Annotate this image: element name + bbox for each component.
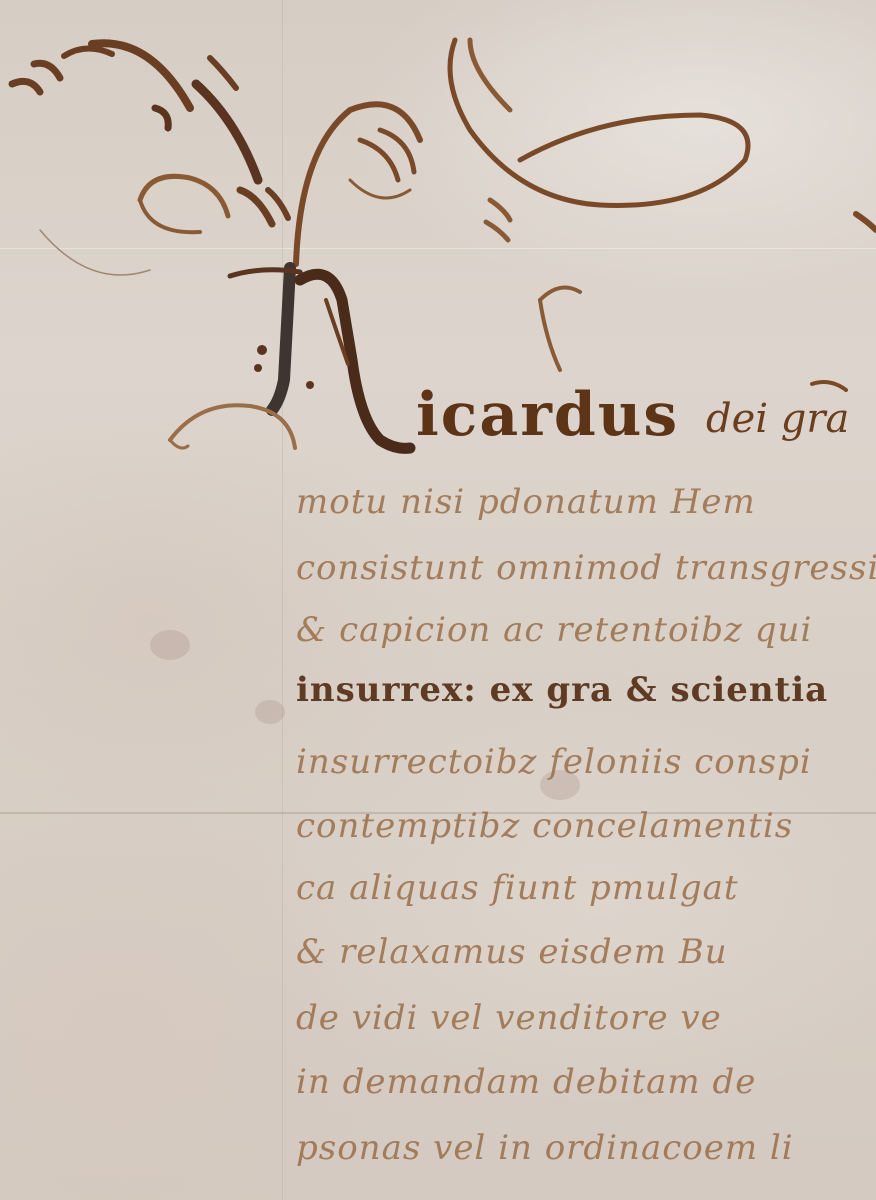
manuscript-line: ca aliquas fiunt pmulgat [296,868,739,908]
manuscript-line: psonas vel in ordinacoem li [296,1128,794,1168]
heading-word: icardus [416,380,679,450]
manuscript-line: contemptibz concelamentis [296,806,793,846]
manuscript-line: motu nisi pdonatum Hem [296,482,756,522]
manuscript-line: & relaxamus eisdem Bu [296,932,728,972]
manuscript-line: in demandam debitam de [296,1062,756,1102]
manuscript-line: insurrectoibz feloniis conspi [296,742,812,782]
manuscript-line: consistunt omnimod transgressio [296,548,876,588]
manuscript-line: de vidi vel venditore ve [296,998,722,1038]
heading-continuation: dei gra [706,396,849,442]
manuscript-line: & capicion ac retentoibz qui [296,610,812,650]
manuscript-line-emphasis: insurrex: ex gra & scientia [296,670,828,710]
